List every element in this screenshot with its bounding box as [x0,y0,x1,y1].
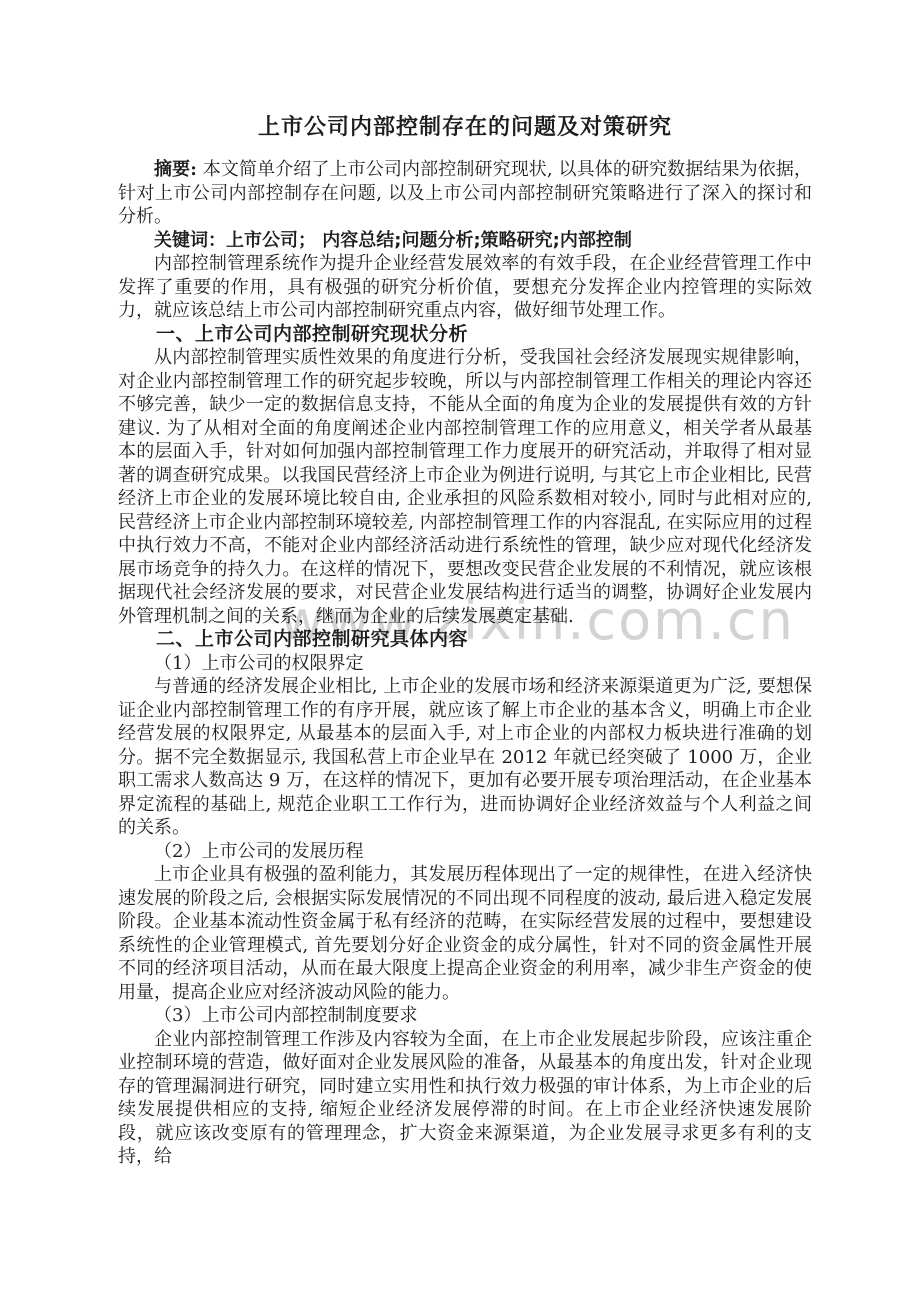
keywords-line: 关键词：上市公司； 内容总结;问题分析;策略研究;内部控制 [118,229,812,253]
abstract-label: 摘要: [154,159,197,180]
abstract-paragraph: 摘要: 本文简单介绍了上市公司内部控制研究现状, 以具体的研究数据结果为依据，针… [118,158,812,229]
document-content: 上市公司内部控制存在的问题及对策研究 摘要: 本文简单介绍了上市公司内部控制研究… [118,110,812,1169]
subsection-3-heading: （3）上市公司内部控制制度要求 [118,1004,812,1028]
subsection-1-paragraph: 与普通的经济发展企业相比, 上市企业的发展市场和经济来源渠道更为广泛, 要想保证… [118,675,812,840]
subsection-3-paragraph: 企业内部控制管理工作涉及内容较为全面，在上市企业发展起步阶段，应该注重企业控制环… [118,1028,812,1169]
subsection-1-heading: （1）上市公司的权限界定 [118,652,812,676]
keywords-label: 关键词： [154,230,226,251]
section-1-heading: 一、上市公司内部控制研究现状分析 [118,323,812,347]
subsection-2-paragraph: 上市企业具有极强的盈利能力，其发展历程体现出了一定的规律性，在进入经济快速发展的… [118,863,812,1004]
abstract-text: 本文简单介绍了上市公司内部控制研究现状, 以具体的研究数据结果为依据，针对上市公… [118,159,812,227]
keywords-text: 上市公司； 内容总结;问题分析;策略研究;内部控制 [226,230,632,251]
section-1-paragraph: 从内部控制管理实质性效果的角度进行分析，受我国社会经济发展现实规律影响，对企业内… [118,346,812,628]
document-page: www.zixin.com.cn 上市公司内部控制存在的问题及对策研究 摘要: … [0,0,920,1302]
section-2-heading: 二、上市公司内部控制研究具体内容 [118,628,812,652]
subsection-2-heading: （2）上市公司的发展历程 [118,840,812,864]
document-title: 上市公司内部控制存在的问题及对策研究 [118,110,812,144]
intro-paragraph: 内部控制管理系统作为提升企业经营发展效率的有效手段，在企业经营管理工作中发挥了重… [118,252,812,323]
